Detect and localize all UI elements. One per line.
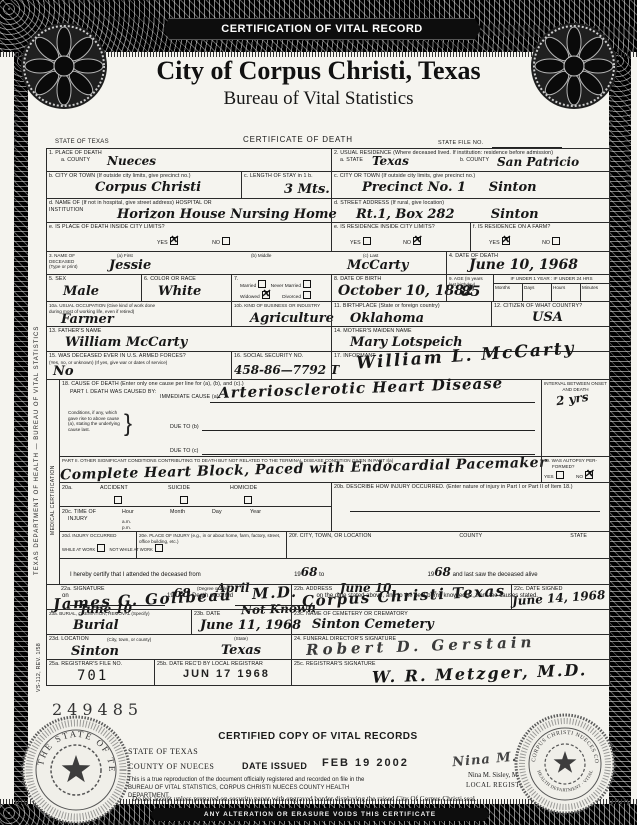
field-label: 20e. PLACE OF INJURY (e.g., in or about … bbox=[139, 533, 284, 544]
never-married-label: Never Married bbox=[271, 284, 301, 289]
state-of-texas-label: STATE OF TEXAS bbox=[55, 139, 109, 145]
field-label: 22a. SIGNATURE bbox=[61, 586, 105, 593]
checkbox-no bbox=[585, 471, 593, 479]
field-sublabel: (State) bbox=[193, 636, 289, 642]
married-label: Married bbox=[240, 284, 256, 289]
county-header: COUNTY bbox=[459, 533, 482, 540]
ssn-value: 458-86—7792 T bbox=[234, 363, 339, 377]
field-color-or-race: 6. COLOR OR RACE White bbox=[141, 274, 231, 301]
field-label: 3. NAME OF DECEASED bbox=[49, 253, 101, 264]
field-birthplace: 11. BIRTHPLACE (State or foreign country… bbox=[331, 301, 491, 326]
field-label: 11. BIRTHPLACE (State or foreign country… bbox=[334, 303, 489, 310]
field-label: c. CITY OR TOWN (If outside city limits,… bbox=[334, 173, 607, 180]
field-citizen: 12. CITIZEN OF WHAT COUNTRY? USA bbox=[491, 301, 609, 326]
burial-date-value: June 11, 1968 bbox=[200, 618, 301, 633]
yes-no-row: YES NO bbox=[489, 237, 563, 246]
certification-banner: CERTIFICATION OF VITAL RECORD bbox=[163, 18, 481, 40]
checkbox-divorced bbox=[303, 291, 311, 299]
industry-value: Agriculture bbox=[250, 311, 334, 326]
field-label: (Yes, no, or unknown) (If yes, give war … bbox=[49, 360, 229, 366]
field-burial-state: (State) Texas bbox=[191, 634, 291, 659]
while-at-work-label: WHILE AT WORK bbox=[62, 547, 95, 552]
checkbox-yes bbox=[170, 237, 178, 245]
state-header: STATE bbox=[570, 533, 587, 540]
street-address-value: Rt.1, Box 282 Sinton bbox=[356, 207, 539, 222]
field-length-of-stay: c. LENGTH OF STAY in 1 b. 3 Mts. bbox=[241, 171, 331, 198]
field-sex: 5. SEX Male bbox=[47, 274, 141, 301]
suicide-label: SUICIDE bbox=[168, 485, 190, 492]
am-label: a.m. bbox=[122, 519, 131, 525]
field-industry: 10b. KIND OF BUSINESS OR INDUSTRY Agricu… bbox=[231, 301, 331, 326]
field-describe-injury: 20b. DESCRIBE HOW INJURY OCCURRED. (Ente… bbox=[331, 482, 609, 531]
checkbox-suicide bbox=[180, 496, 188, 504]
file-no-value: 701 bbox=[77, 668, 108, 684]
field-burial-date: 23b. DATE June 11, 1968 bbox=[191, 609, 291, 634]
blank-line bbox=[202, 422, 535, 431]
field-place-of-death: 1. PLACE OF DEATH a. COUNTY Nueces bbox=[47, 149, 331, 171]
father-name-value: William McCarty bbox=[65, 335, 187, 350]
medical-certification-label: MEDICAL CERTIFICATION bbox=[50, 465, 56, 535]
field-street-address: d. STREET ADDRESS (If rural, give locati… bbox=[331, 198, 609, 222]
city-of-death-value: Corpus Christi bbox=[95, 180, 201, 195]
field-part2-conditions: PART II. OTHER SIGNIFICANT CONDITIONS CO… bbox=[59, 456, 541, 482]
field-label: c. LENGTH OF STAY in 1 b. bbox=[244, 173, 329, 180]
alteration-banner: ANY ALTERATION OR ERASURE VOIDS THIS CER… bbox=[150, 808, 490, 821]
field-marital-status: 7. Married Never Married Widowed Divorce… bbox=[231, 274, 331, 301]
field-label: e. IS RESIDENCE INSIDE CITY LIMITS? bbox=[334, 224, 468, 231]
medical-certification-strip: MEDICAL CERTIFICATION bbox=[47, 379, 59, 609]
yes-no-row: YES NO bbox=[350, 237, 424, 246]
armed-forces-value: No bbox=[53, 364, 74, 379]
field-label: a. COUNTY bbox=[61, 157, 90, 164]
county-health-seal: CORPUS CHRISTI NUECES COUNTY HEALTH DEPA… bbox=[513, 712, 617, 816]
checkbox-yes bbox=[502, 237, 510, 245]
certificate-of-death-label: CERTIFICATE OF DEATH bbox=[243, 135, 353, 144]
no-label: NO bbox=[576, 475, 583, 480]
age-value: 85 bbox=[461, 284, 480, 300]
field-burial-type: 23a. BURIAL, CREMATION, REMOVAL (Specify… bbox=[47, 609, 191, 634]
field-injury-occurred: 20d. INJURY OCCURRED WHILE AT WORK NOT W… bbox=[59, 531, 136, 558]
year-prefix: 19 bbox=[294, 572, 301, 578]
hour-label: Hour bbox=[122, 509, 134, 516]
field-label: 8. DATE OF BIRTH bbox=[334, 276, 444, 283]
page-subtitle: Bureau of Vital Statistics bbox=[0, 88, 637, 110]
field-injury-location: 20f. CITY, TOWN, OR LOCATION COUNTY STAT… bbox=[286, 531, 609, 558]
field-date-of-birth: 8. DATE OF BIRTH October 10, 1882 bbox=[331, 274, 446, 301]
residence-city-value: Precinct No. 1 Sinton bbox=[362, 180, 537, 195]
field-label: a. STATE bbox=[340, 157, 363, 164]
date-issued-label: DATE ISSUED bbox=[242, 761, 307, 771]
field-burial-location: 23d. LOCATION (City, town, or county) Si… bbox=[47, 634, 191, 659]
field-label: 16. SOCIAL SECURITY NO. bbox=[234, 353, 329, 360]
field-funeral-director-signature: 24. FUNERAL DIRECTOR'S SIGNATURE Robert … bbox=[291, 634, 609, 659]
side-department-label: TEXAS DEPARTMENT OF HEALTH — BUREAU OF V… bbox=[34, 326, 40, 575]
field-label: 23a. BURIAL, CREMATION, REMOVAL (Specify… bbox=[49, 611, 189, 617]
ornate-border-left bbox=[14, 52, 28, 804]
race-value: White bbox=[158, 284, 201, 299]
checkbox-no bbox=[413, 237, 421, 245]
state-of-texas-seal: THE STATE OF TEXAS bbox=[20, 714, 132, 825]
burial-type-value: Burial bbox=[73, 618, 119, 633]
injury-location-headers: 20f. CITY, TOWN, OR LOCATION COUNTY STAT… bbox=[289, 533, 607, 540]
field-armed-forces: 15. WAS DECEASED EVER IN U.S. ARMED FORC… bbox=[47, 351, 231, 379]
to-label: to bbox=[319, 572, 324, 578]
field-place-of-injury: 20e. PLACE OF INJURY (e.g., in or about … bbox=[136, 531, 286, 558]
state-file-no-label: STATE FILE NO. bbox=[438, 140, 484, 146]
marital-row-2: Widowed Divorced bbox=[240, 291, 314, 300]
field-residence-farm: f. IS RESIDENCE ON A FARM? YES NO bbox=[470, 222, 609, 251]
field-physician-address: 22b. ADDRESS Corpus Christi Texas bbox=[291, 584, 511, 609]
field-cause-of-death: 18. CAUSE OF DEATH (Enter only one cause… bbox=[59, 379, 541, 456]
field-label: 15. WAS DECEASED EVER IN U.S. ARMED FORC… bbox=[49, 353, 229, 360]
field-label: (b) Middle bbox=[251, 253, 271, 259]
field-if-under-one-year: IF UNDER 1 YEAR : IF UNDER 24 HRS Months… bbox=[493, 274, 609, 301]
sex-value: Male bbox=[63, 284, 99, 299]
field-label: e. IS PLACE OF DEATH INSIDE CITY LIMITS? bbox=[49, 224, 329, 231]
accident-label: ACCIDENT bbox=[100, 485, 128, 492]
citizen-value: USA bbox=[532, 310, 563, 325]
death-certificate-page: CERTIFICATION OF VITAL RECORD City of Co… bbox=[0, 0, 637, 825]
field-label: 23b. DATE bbox=[194, 611, 289, 618]
field-registrar-signature: 25c. REGISTRAR'S SIGNATURE W. R. Metzger… bbox=[291, 659, 609, 685]
field-label: 13. FATHER'S NAME bbox=[49, 328, 329, 335]
field-label: FORMED? bbox=[552, 464, 607, 470]
part1-label: PART I. DEATH WAS CAUSED BY: bbox=[70, 389, 156, 396]
field-label: d. STREET ADDRESS (If rural, give locati… bbox=[334, 200, 607, 207]
minutes-label: Minutes bbox=[580, 284, 609, 301]
no-label: NO bbox=[542, 240, 550, 246]
field-label: 20f. CITY, TOWN, OR LOCATION bbox=[289, 533, 371, 540]
checkbox-no bbox=[552, 237, 560, 245]
field-date-received: 25b. DATE REC'D BY LOCAL REGISTRAR JUN 1… bbox=[154, 659, 291, 685]
checkbox-yes bbox=[363, 237, 371, 245]
checkbox-no bbox=[222, 237, 230, 245]
field-date-of-death: 4. DATE OF DEATH June 10, 1968 bbox=[446, 251, 609, 274]
county-value: Nueces bbox=[107, 154, 156, 168]
interval-value: 2 yrs bbox=[555, 390, 589, 408]
yes-label: YES bbox=[544, 475, 554, 480]
homicide-label: HOMICIDE bbox=[230, 485, 257, 492]
yes-no-row: YES NO bbox=[544, 471, 596, 480]
under-year-columns: Months Days Hours Minutes bbox=[494, 284, 609, 301]
field-label: 20b. DESCRIBE HOW INJURY OCCURRED. (Ente… bbox=[334, 484, 607, 491]
last-name-value: McCarty bbox=[347, 258, 408, 273]
field-age: 9. AGE (In years last birthday) 85 bbox=[446, 274, 493, 301]
field-label: 20d. INJURY OCCURRED bbox=[62, 533, 134, 539]
field-label: 5. SEX bbox=[49, 276, 139, 283]
month-label: Month bbox=[170, 509, 185, 516]
footer-county-label: COUNTY OF NUECES bbox=[128, 762, 214, 771]
checkbox-yes bbox=[556, 471, 564, 479]
yes-label: YES bbox=[489, 240, 500, 246]
footer-state-label: STATE OF TEXAS bbox=[128, 747, 198, 756]
certify-text: I hereby certify that I attended the dec… bbox=[70, 572, 201, 578]
field-label: 12. CITIZEN OF WHAT COUNTRY? bbox=[494, 303, 607, 310]
yes-no-row: YES NO bbox=[157, 237, 233, 246]
field-label: b. COUNTY bbox=[460, 157, 489, 164]
field-residence-city: c. CITY OR TOWN (If outside city limits,… bbox=[331, 171, 609, 198]
certify-text: and last saw the deceased alive bbox=[453, 572, 538, 578]
checkbox-while-at-work bbox=[97, 544, 105, 552]
field-label: (Type or print) bbox=[49, 264, 78, 270]
residence-state-value: Texas bbox=[372, 154, 409, 168]
field-label: 25a. REGISTRAR'S FILE NO. bbox=[49, 661, 152, 668]
field-label: 20a. bbox=[62, 485, 73, 492]
field-cemetery-name: 23c. NAME OF CEMETERY OR CREMATORY Sinto… bbox=[291, 609, 609, 634]
first-name-value: Jessie bbox=[109, 258, 151, 273]
no-label: NO bbox=[212, 240, 220, 246]
length-of-stay-value: 3 Mts. bbox=[284, 182, 330, 197]
due-to-b-label: DUE TO (b) bbox=[170, 424, 199, 431]
widowed-label: Widowed bbox=[240, 295, 260, 300]
occupation-value: Farmer bbox=[61, 312, 114, 327]
months-label: Months bbox=[494, 284, 522, 301]
yes-label: YES bbox=[157, 240, 168, 246]
field-label: INJURY bbox=[68, 516, 88, 523]
birthplace-value: Oklahoma bbox=[350, 311, 424, 326]
no-label: NO bbox=[403, 240, 411, 246]
yes-label: YES bbox=[350, 240, 361, 246]
field-physician-certification: I hereby certify that I attended the dec… bbox=[59, 558, 609, 584]
checkbox-homicide bbox=[244, 496, 252, 504]
certificate-form: 1. PLACE OF DEATH a. COUNTY Nueces 2. US… bbox=[46, 148, 610, 686]
year-prefix: 19 bbox=[428, 572, 435, 578]
field-label: 14. MOTHER'S MAIDEN NAME bbox=[334, 328, 607, 335]
year-label: Year bbox=[250, 509, 261, 516]
field-residence-city-limits: e. IS RESIDENCE INSIDE CITY LIMITS? YES … bbox=[331, 222, 470, 251]
date-received-stamp: JUN 17 1968 bbox=[183, 668, 270, 680]
field-interval-onset-death: INTERVAL BETWEEN ONSET AND DEATH 2 yrs bbox=[541, 379, 609, 456]
due-to-c-label: DUE TO (c) bbox=[170, 448, 198, 455]
hours-label: Hours bbox=[551, 284, 580, 301]
burial-location-value: Sinton bbox=[71, 644, 119, 659]
field-city-of-death: b. CITY OR TOWN (If outside city limits,… bbox=[47, 171, 241, 198]
field-usual-residence: 2. USUAL RESIDENCE (Where deceased lived… bbox=[331, 149, 609, 171]
date-issued-stamp: FEB 19 2002 bbox=[322, 757, 409, 769]
divorced-label: Divorced bbox=[282, 295, 301, 300]
field-sublabel: (City, town, or county) bbox=[107, 637, 151, 643]
field-label: b. CITY OR TOWN (If outside city limits,… bbox=[49, 173, 239, 180]
field-name-of-deceased: 3. NAME OF DECEASED (Type or print) (a) … bbox=[47, 251, 446, 274]
institution-value: Horizon House Nursing Home bbox=[117, 207, 337, 222]
field-registrar-file-no: 25a. REGISTRAR'S FILE NO. 701 bbox=[47, 659, 154, 685]
field-occupation: 10a. USUAL OCCUPATION (Give kind of work… bbox=[47, 301, 231, 326]
field-physician-signature: 22a. SIGNATURE (Degree or title) James G… bbox=[47, 584, 291, 609]
field-label: 20c. TIME OF bbox=[62, 509, 96, 516]
field-label: IF UNDER 1 YEAR : IF UNDER 24 HRS bbox=[494, 275, 609, 284]
field-time-of-injury: 20c. TIME OF INJURY Hour Month Day Year … bbox=[59, 506, 331, 531]
field-label: 25b. DATE REC'D BY LOCAL REGISTRAR bbox=[157, 661, 289, 668]
page-title: City of Corpus Christi, Texas bbox=[0, 56, 637, 86]
ornate-border-right bbox=[609, 52, 631, 804]
state-file-no-blank bbox=[492, 139, 562, 148]
checkbox-never-married bbox=[303, 280, 311, 288]
conditions-note: Conditions, if any, which gave rise to a… bbox=[68, 410, 120, 432]
field-label: 6. COLOR OR RACE bbox=[144, 276, 229, 283]
field-label: f. IS RESIDENCE ON A FARM? bbox=[473, 224, 607, 231]
cemetery-value: Sinton Cemetery bbox=[312, 617, 434, 632]
blank-line bbox=[350, 503, 600, 512]
field-death-city-limits: e. IS PLACE OF DEATH INSIDE CITY LIMITS?… bbox=[47, 222, 331, 251]
certified-copy-heading: CERTIFIED COPY OF VITAL RECORDS bbox=[158, 731, 478, 742]
field-social-security: 16. SOCIAL SECURITY NO. 458-86—7792 T bbox=[231, 351, 331, 379]
blank-line bbox=[202, 446, 535, 455]
residence-county-value: San Patricio bbox=[497, 155, 579, 169]
days-label: Days bbox=[522, 284, 551, 301]
marital-row-1: Married Never Married bbox=[240, 280, 314, 289]
burial-state-value: Texas bbox=[221, 643, 261, 658]
pm-label: p.m. bbox=[122, 525, 131, 531]
field-date-signed: 22c. DATE SIGNED June 14, 1968 bbox=[511, 584, 609, 609]
brace-glyph: } bbox=[124, 410, 132, 438]
field-label: 10b. KIND OF BUSINESS OR INDUSTRY bbox=[234, 303, 329, 309]
day-label: Day bbox=[212, 509, 222, 516]
field-institution: d. NAME OF (If not in hospital, give str… bbox=[47, 198, 331, 222]
date-of-death-value: June 10, 1968 bbox=[469, 257, 578, 273]
checkbox-widowed bbox=[262, 291, 270, 299]
field-father-name: 13. FATHER'S NAME William McCarty bbox=[47, 326, 331, 351]
checkbox-accident bbox=[114, 496, 122, 504]
field-accident-suicide-homicide: 20a. ACCIDENT SUICIDE HOMICIDE bbox=[59, 482, 331, 506]
field-autopsy: 19. WAS AUTOPSY PER- FORMED? YES NO bbox=[541, 456, 609, 482]
form-number-label: VS-112, REV. 1/58 bbox=[36, 643, 42, 692]
field-label: 1. PLACE OF DEATH bbox=[49, 150, 329, 157]
